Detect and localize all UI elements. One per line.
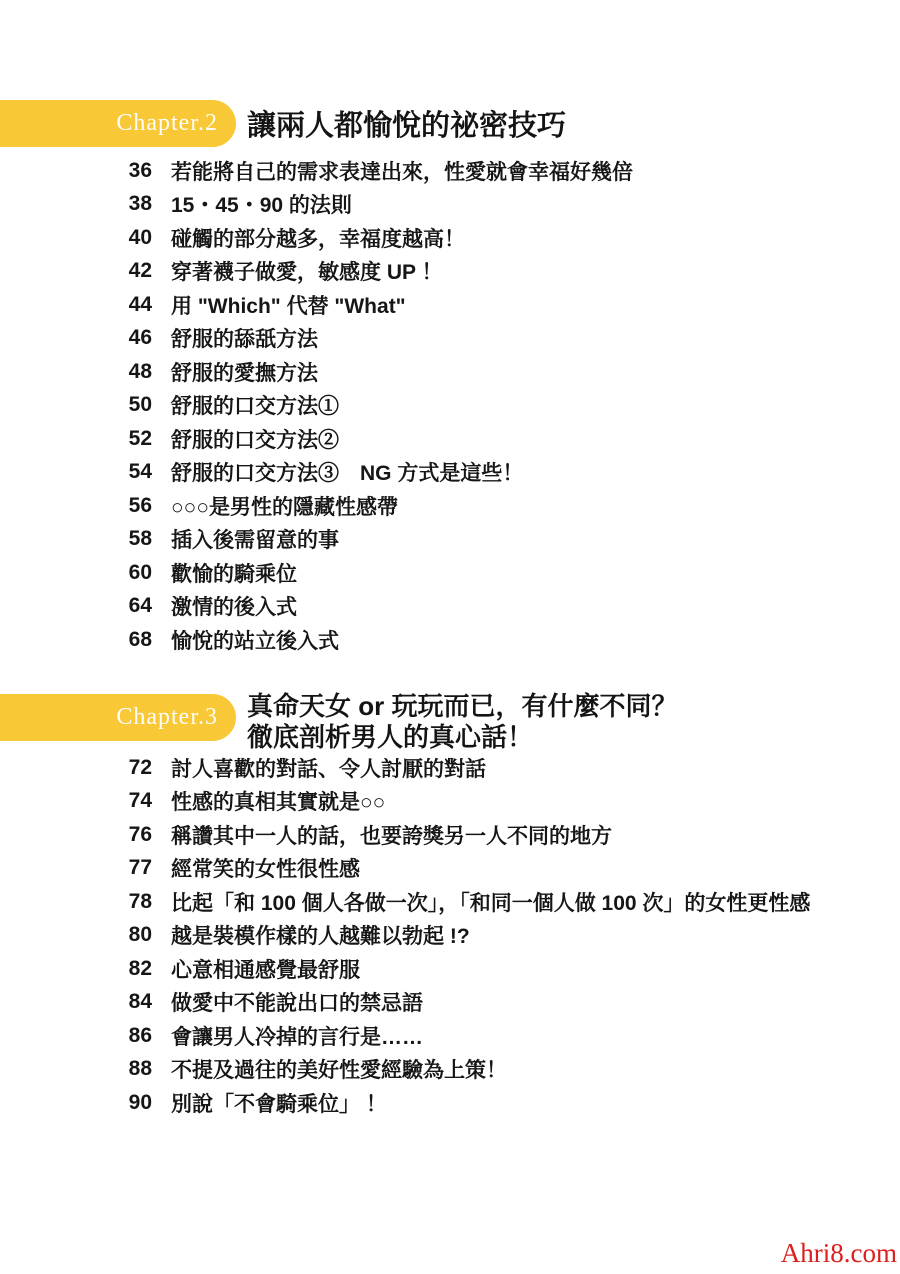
entry-page-number: 90 xyxy=(120,1091,152,1115)
entry-title: 激情的後入式 xyxy=(171,591,297,621)
watermark: Ahri8.com xyxy=(781,1238,897,1269)
entry-title: 若能將自己的需求表達出來，性愛就會幸福好幾倍 xyxy=(171,156,633,186)
entry-page-number: 60 xyxy=(120,561,152,585)
toc-page: Chapter.2 讓兩人都愉悅的祕密技巧 36若能將自己的需求表達出來，性愛就… xyxy=(0,0,900,1274)
chapter3-title-line2: 徹底剖析男人的真心話！ xyxy=(247,722,677,753)
entry-title: 舒服的口交方法③ NG 方式是這些！ xyxy=(171,457,523,487)
toc-entry: 60歡愉的騎乘位 xyxy=(120,556,890,590)
toc-entry: 68愉悅的站立後入式 xyxy=(120,623,890,657)
toc-entry: 77經常笑的女性很性感 xyxy=(120,852,890,886)
entry-page-number: 38 xyxy=(120,192,152,216)
entry-title: 經常笑的女性很性感 xyxy=(171,853,360,883)
toc-entry: 3815・45・90 的法則 xyxy=(120,188,890,222)
toc-entry: 54舒服的口交方法③ NG 方式是這些！ xyxy=(120,456,890,490)
entry-title: 別說「不會騎乘位」 ！ xyxy=(171,1088,387,1118)
entry-page-number: 46 xyxy=(120,326,152,350)
toc-entry: 40碰觸的部分越多，幸福度越高！ xyxy=(120,221,890,255)
chapter2-label: Chapter.2 xyxy=(116,110,218,137)
entry-title: 比起「和 100 個人各做一次」，「和同一個人做 100 次」的女性更性感 xyxy=(171,887,810,917)
entry-page-number: 72 xyxy=(120,756,152,780)
toc-entry: 90別說「不會騎乘位」 ！ xyxy=(120,1086,890,1120)
chapter3-title-line1: 真命天女 or 玩玩而已，有什麼不同？ xyxy=(247,691,677,722)
toc-entry: 84做愛中不能說出口的禁忌語 xyxy=(120,986,890,1020)
entry-page-number: 84 xyxy=(120,990,152,1014)
toc-entry: 50舒服的口交方法① xyxy=(120,389,890,423)
entry-title: 舒服的口交方法② xyxy=(171,424,339,454)
entry-title: ○○○是男性的隱藏性感帶 xyxy=(171,491,398,521)
entry-page-number: 76 xyxy=(120,823,152,847)
chapter2-title: 讓兩人都愉悅的祕密技巧 xyxy=(247,100,566,147)
entry-title: 15・45・90 的法則 xyxy=(171,189,352,219)
toc-entry: 80越是裝模作樣的人越難以勃起 !? xyxy=(120,919,890,953)
entry-page-number: 68 xyxy=(120,628,152,652)
entry-page-number: 74 xyxy=(120,789,152,813)
toc-entry: 76稱讚其中一人的話，也要誇獎另一人不同的地方 xyxy=(120,818,890,852)
toc-entry: 58插入後需留意的事 xyxy=(120,523,890,557)
toc-entry: 48舒服的愛撫方法 xyxy=(120,355,890,389)
toc-entry: 88不提及過往的美好性愛經驗為上策！ xyxy=(120,1053,890,1087)
entry-title: 舒服的愛撫方法 xyxy=(171,357,318,387)
entry-page-number: 78 xyxy=(120,890,152,914)
toc-entry: 42穿著襪子做愛，敏感度 UP ！ xyxy=(120,255,890,289)
entry-page-number: 44 xyxy=(120,293,152,317)
chapter2-entry-list: 36若能將自己的需求表達出來，性愛就會幸福好幾倍 3815・45・90 的法則 … xyxy=(120,154,890,657)
toc-entry: 36若能將自己的需求表達出來，性愛就會幸福好幾倍 xyxy=(120,154,890,188)
entry-title: 穿著襪子做愛，敏感度 UP ！ xyxy=(171,256,442,286)
toc-entry: 86會讓男人冷掉的言行是…… xyxy=(120,1019,890,1053)
entry-page-number: 77 xyxy=(120,856,152,880)
entry-page-number: 48 xyxy=(120,360,152,384)
entry-page-number: 86 xyxy=(120,1024,152,1048)
entry-title: 舒服的舔舐方法 xyxy=(171,323,318,353)
entry-title: 心意相通感覺最舒服 xyxy=(171,954,360,984)
entry-title: 稱讚其中一人的話，也要誇獎另一人不同的地方 xyxy=(171,820,612,850)
toc-entry: 78比起「和 100 個人各做一次」，「和同一個人做 100 次」的女性更性感 xyxy=(120,885,890,919)
entry-title: 用 "Which" 代替 "What" xyxy=(171,290,406,320)
entry-page-number: 50 xyxy=(120,393,152,417)
entry-title: 會讓男人冷掉的言行是…… xyxy=(171,1021,423,1051)
chapter2-banner: Chapter.2 xyxy=(0,100,236,147)
entry-title: 愉悅的站立後入式 xyxy=(171,625,339,655)
toc-entry: 52舒服的口交方法② xyxy=(120,422,890,456)
chapter3-title: 真命天女 or 玩玩而已，有什麼不同？ 徹底剖析男人的真心話！ xyxy=(247,691,677,753)
entry-title: 碰觸的部分越多，幸福度越高！ xyxy=(171,223,465,253)
chapter3-banner: Chapter.3 xyxy=(0,694,236,741)
entry-title: 越是裝模作樣的人越難以勃起 !? xyxy=(171,920,470,950)
toc-entry: 82心意相通感覺最舒服 xyxy=(120,952,890,986)
entry-title: 插入後需留意的事 xyxy=(171,524,339,554)
toc-entry: 64激情的後入式 xyxy=(120,590,890,624)
entry-title: 舒服的口交方法① xyxy=(171,390,339,420)
chapter3-entry-list: 72討人喜歡的對話、令人討厭的對話 74性感的真相其實就是○○ 76稱讚其中一人… xyxy=(120,751,890,1120)
entry-page-number: 82 xyxy=(120,957,152,981)
entry-page-number: 58 xyxy=(120,527,152,551)
chapter3-label: Chapter.3 xyxy=(116,704,218,731)
toc-entry: 56○○○是男性的隱藏性感帶 xyxy=(120,489,890,523)
entry-title: 不提及過往的美好性愛經驗為上策！ xyxy=(171,1054,507,1084)
toc-entry: 72討人喜歡的對話、令人討厭的對話 xyxy=(120,751,890,785)
entry-page-number: 52 xyxy=(120,427,152,451)
toc-entry: 46舒服的舔舐方法 xyxy=(120,322,890,356)
entry-page-number: 54 xyxy=(120,460,152,484)
entry-title: 歡愉的騎乘位 xyxy=(171,558,297,588)
entry-title: 討人喜歡的對話、令人討厭的對話 xyxy=(171,753,486,783)
entry-page-number: 80 xyxy=(120,923,152,947)
entry-title: 做愛中不能說出口的禁忌語 xyxy=(171,987,423,1017)
entry-title: 性感的真相其實就是○○ xyxy=(171,786,385,816)
entry-page-number: 36 xyxy=(120,159,152,183)
entry-page-number: 40 xyxy=(120,226,152,250)
toc-entry: 44用 "Which" 代替 "What" xyxy=(120,288,890,322)
toc-entry: 74性感的真相其實就是○○ xyxy=(120,785,890,819)
entry-page-number: 88 xyxy=(120,1057,152,1081)
entry-page-number: 42 xyxy=(120,259,152,283)
entry-page-number: 64 xyxy=(120,594,152,618)
entry-page-number: 56 xyxy=(120,494,152,518)
